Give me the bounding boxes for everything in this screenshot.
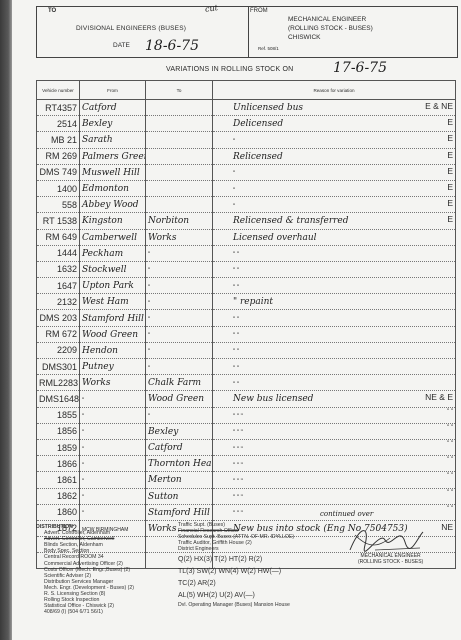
column-header-from: From	[80, 81, 146, 100]
depot-code: E & NE	[425, 101, 453, 111]
table-row: 2209Hendon"" "	[37, 342, 456, 358]
reason-cell-text: Relicensed	[215, 152, 283, 162]
reason-cell: " " "" "	[213, 407, 456, 423]
to-cell: Chalk Farm	[146, 375, 213, 391]
to-cell: "	[146, 278, 213, 294]
depot-code: " "	[447, 457, 453, 463]
from-cell: Palmers Green	[80, 148, 146, 164]
vehicle-number-cell: RT 1538	[37, 213, 80, 229]
depot-code: NE	[441, 522, 453, 532]
reason-cell: " "	[213, 375, 456, 391]
rolling-stock-table: Vehicle number From To Reason for variat…	[36, 80, 456, 569]
district-code-line: TC(2) AR(2)	[178, 578, 294, 590]
from-cell: "	[80, 407, 146, 423]
distribution-recipient: District Engineers	[178, 546, 294, 552]
from-cell: "	[80, 391, 146, 407]
vehicle-number-cell-text: RT 1538	[43, 216, 77, 226]
table-row: 1444Peckham"" "	[37, 245, 456, 261]
reason-cell: " " "" "	[213, 423, 456, 439]
vehicle-number-cell-text: RM 649	[45, 232, 77, 242]
depot-code: E	[447, 166, 453, 176]
to-cell: Thornton Heath	[146, 456, 213, 472]
from-cell-text: "	[82, 430, 84, 436]
table-row: 558Abbey Wood"E	[37, 197, 456, 213]
vehicle-number-cell-text: 2514	[57, 119, 77, 129]
from-cell-text: Muswell Hill	[82, 168, 140, 178]
distribution-left: DISTRIBUTION Advert. Controller, Aldenha…	[36, 524, 134, 615]
distribution-middle: Traffic Supt. (Buses)Financial Research …	[178, 522, 294, 609]
to-cell: "	[146, 310, 213, 326]
depot-code: " "	[447, 473, 453, 479]
from-cell: Muswell Hill	[80, 164, 146, 180]
district-code-line: AL(5) WH(2) U(2) AV(—)	[178, 590, 294, 602]
reason-cell-text: "	[215, 188, 235, 194]
from-cell-text: Stamford Hill	[82, 314, 144, 324]
table-row: 1632Stockwell"" "	[37, 261, 456, 277]
reason-cell-text: " " "	[215, 495, 243, 501]
to-cell-text: "	[148, 301, 150, 307]
table-row: 1647Upton Park"" "	[37, 278, 456, 294]
table-row: 1859"Catford" " "" "	[37, 439, 456, 455]
from-cell: Works	[80, 375, 146, 391]
from-line-2: (ROLLING STOCK - BUSES)	[288, 25, 373, 32]
distribution-footer: Dvl. Operating Manager (Buses) Mansion H…	[178, 602, 294, 608]
header-divider	[248, 6, 249, 57]
vehicle-number-cell: 1859	[37, 439, 80, 455]
vehicle-number-cell-text: 1859	[57, 443, 77, 453]
to-cell-text: Chalk Farm	[148, 378, 201, 388]
reason-cell-text: Unlicensed bus	[215, 103, 303, 113]
depot-code: " "	[447, 409, 453, 415]
vehicle-number-cell-text: 1855	[57, 410, 77, 420]
from-cell-text: Putney	[82, 362, 114, 372]
to-cell-text: Thornton Heath	[148, 459, 213, 469]
reason-cell-text: " "	[215, 317, 239, 323]
from-cell-text: Palmers Green	[82, 152, 146, 162]
to-cell	[146, 132, 213, 148]
from-cell: Catford	[80, 100, 146, 116]
from-cell: Abbey Wood	[80, 197, 146, 213]
from-cell-text: "	[82, 511, 84, 517]
document-title: VARIATIONS IN ROLLING STOCK ON	[166, 66, 293, 73]
to-cell-text: Norbiton	[148, 216, 189, 226]
from-cell-text: "	[82, 447, 84, 453]
continued-note: continued over	[320, 510, 373, 518]
reason-cell-text: " "	[215, 382, 239, 388]
to-cell	[146, 164, 213, 180]
binder-edge	[0, 0, 12, 640]
signature-caption: MECHANICAL ENGINEER (ROLLING STOCK - BUS…	[358, 553, 423, 565]
depot-code: E	[447, 182, 453, 192]
from-line-3: CHISWICK	[288, 34, 321, 41]
vehicle-number-cell-text: 1632	[57, 264, 77, 274]
reason-cell: " " "" "	[213, 488, 456, 504]
to-cell: Norbiton	[146, 213, 213, 229]
vehicle-number-cell: 1856	[37, 423, 80, 439]
distribution-recipient: Costs Officer (Mech. Engr.,Buses) (2)	[44, 567, 134, 573]
date-label: DATE	[113, 42, 130, 49]
date-value: 18-6-75	[145, 38, 199, 54]
from-cell-text: "	[82, 398, 84, 404]
to-cell: Bexley	[146, 423, 213, 439]
to-cell-text: "	[148, 285, 150, 291]
vehicle-number-cell-text: MB 21	[51, 135, 77, 145]
table-row: DMS 203Stamford Hill"" "	[37, 310, 456, 326]
to-cell: "	[146, 294, 213, 310]
vehicle-number-cell: RT4357	[37, 100, 80, 116]
table-row: 1866"Thornton Heath" " "" "	[37, 456, 456, 472]
from-cell-text: Catford	[82, 103, 117, 113]
reason-cell-text: "	[215, 171, 235, 177]
to-cell-text: Bexley	[148, 427, 178, 437]
from-cell: Peckham	[80, 245, 146, 261]
reason-cell: " " "" "	[213, 472, 456, 488]
vehicle-number-cell: RML2283	[37, 375, 80, 391]
vehicle-number-cell-text: 2209	[57, 345, 77, 355]
to-cell-text: "	[148, 268, 150, 274]
district-code-line: Q(2) HX(3) T(2) HT(2) R(2)	[178, 554, 294, 566]
table-row: DMS 749Muswell Hill"E	[37, 164, 456, 180]
from-cell: Stamford Hill	[80, 310, 146, 326]
from-cell-text: Abbey Wood	[82, 200, 139, 210]
vehicle-number-cell-text: 1444	[57, 248, 77, 258]
reason-cell-text: " "	[215, 268, 239, 274]
table-row: RT 1538KingstonNorbitonRelicensed & tran…	[37, 213, 456, 229]
reason-cell: DelicensedE	[213, 116, 456, 132]
column-header-vehicle: Vehicle number	[37, 81, 80, 100]
vehicle-number-cell-text: 1860	[57, 507, 77, 517]
depot-code: E	[447, 150, 453, 160]
reason-cell: RelicensedE	[213, 148, 456, 164]
from-cell: Upton Park	[80, 278, 146, 294]
district-code-line: TL(3) SW(2) WN(4) W(2) HW(—)	[178, 566, 294, 578]
to-cell-text: Merton	[148, 475, 182, 485]
reason-cell: " repaint	[213, 294, 456, 310]
table-row: DMS1648"Wood GreenNew bus licensedNE & E	[37, 391, 456, 407]
to-cell-text: Works	[148, 524, 176, 534]
to-cell: Stamford Hill	[146, 504, 213, 520]
vehicle-number-cell: 1444	[37, 245, 80, 261]
table-row: RT4357CatfordUnlicensed busE & NE	[37, 100, 456, 116]
from-line-1: MECHANICAL ENGINEER	[288, 16, 366, 23]
table-row: 1860"Stamford Hill" " "" "	[37, 504, 456, 520]
depot-code: E	[447, 117, 453, 127]
from-cell: Putney	[80, 359, 146, 375]
vehicle-number-cell: 1861	[37, 472, 80, 488]
reason-cell-text: " " "	[215, 447, 243, 453]
from-cell: Kingston	[80, 213, 146, 229]
reason-cell-text: " " "	[215, 463, 243, 469]
from-cell-text: "	[82, 479, 84, 485]
to-cell	[146, 100, 213, 116]
column-header-reason: Reason for variation	[213, 81, 456, 100]
reason-cell: Relicensed & transferredE	[213, 213, 456, 229]
from-cell: Bexley	[80, 116, 146, 132]
from-cell-text: "	[82, 495, 84, 501]
reference-number: Ref. 508/1	[258, 46, 279, 51]
reason-cell: " "	[213, 278, 456, 294]
from-cell-text: Edmonton	[82, 184, 129, 194]
vehicle-number-cell-text: DMS 203	[39, 313, 77, 323]
table-row: 2132West Ham"" repaint	[37, 294, 456, 310]
reason-cell: " "	[213, 245, 456, 261]
reason-cell: "E	[213, 197, 456, 213]
from-cell-text: "	[82, 463, 84, 469]
vehicle-number-cell: 1866	[37, 456, 80, 472]
to-cell-text: "	[148, 333, 150, 339]
table-row: 1855""" " "" "	[37, 407, 456, 423]
vehicle-number-cell: 1400	[37, 180, 80, 196]
vehicle-number-cell-text: RM 672	[45, 329, 77, 339]
reason-cell: "E	[213, 164, 456, 180]
vehicle-number-cell: 1647	[37, 278, 80, 294]
handwritten-annotation: cut	[204, 3, 218, 14]
reason-cell: " " "" "	[213, 456, 456, 472]
reason-cell: " "	[213, 310, 456, 326]
from-cell-text: Sarath	[82, 135, 113, 145]
to-cell: "	[146, 245, 213, 261]
from-cell-text: "	[82, 414, 84, 420]
vehicle-number-cell-text: DMS1648	[39, 394, 79, 404]
vehicle-number-cell: 1855	[37, 407, 80, 423]
to-cell-text: Stamford Hill	[148, 508, 210, 518]
depot-code: " "	[447, 506, 453, 512]
vehicle-number-cell: 2209	[37, 342, 80, 358]
table-row: 1400Edmonton"E	[37, 180, 456, 196]
reason-cell-text: " "	[215, 333, 239, 339]
from-cell: Edmonton	[80, 180, 146, 196]
reason-cell: " "	[213, 342, 456, 358]
depot-code: " "	[447, 441, 453, 447]
depot-code: " "	[447, 425, 453, 431]
depot-code: E	[447, 133, 453, 143]
reason-cell-text: " "	[215, 349, 239, 355]
table-row: 1856"Bexley" " "" "	[37, 423, 456, 439]
to-cell	[146, 197, 213, 213]
table-row: RM 649CamberwellWorksLicensed overhaul	[37, 229, 456, 245]
vehicle-number-cell: DMS1648	[37, 391, 80, 407]
from-cell: "	[80, 504, 146, 520]
reason-cell-text: " " "	[215, 414, 243, 420]
to-cell: Merton	[146, 472, 213, 488]
to-cell-text: "	[148, 366, 150, 372]
vehicle-number-cell-text: 1856	[57, 426, 77, 436]
to-cell: Works	[146, 229, 213, 245]
vehicle-number-cell-text: 1647	[57, 281, 77, 291]
vehicle-number-cell: DMS 749	[37, 164, 80, 180]
to-cell: Sutton	[146, 488, 213, 504]
vehicle-number-cell: DMS 203	[37, 310, 80, 326]
column-header-to: To	[146, 81, 213, 100]
from-label: FROM	[250, 8, 268, 14]
reason-cell-text: " " "	[215, 479, 243, 485]
title-date: 17-6-75	[333, 60, 387, 76]
from-cell-text: Bexley	[82, 119, 112, 129]
vehicle-number-cell-text: RML2283	[39, 378, 78, 388]
vehicle-number-cell-text: 558	[62, 200, 77, 210]
table-row: 1861"Merton" " "" "	[37, 472, 456, 488]
from-cell-text: West Ham	[82, 297, 129, 307]
table-row: 1862"Sutton" " "" "	[37, 488, 456, 504]
from-cell: Sarath	[80, 132, 146, 148]
to-label: TO	[48, 8, 56, 14]
to-cell: "	[146, 407, 213, 423]
reason-cell-text: " " "	[215, 511, 243, 517]
from-cell-text: Upton Park	[82, 281, 134, 291]
to-cell-text: "	[148, 414, 150, 420]
to-cell: Wood Green	[146, 391, 213, 407]
vehicle-number-cell-text: DMS301	[42, 362, 77, 372]
vehicle-number-cell-text: 1866	[57, 459, 77, 469]
from-cell-text: Hendon	[82, 346, 118, 356]
vehicle-number-cell-text: 1861	[57, 475, 77, 485]
depot-code: NE & E	[425, 392, 453, 402]
vehicle-number-cell: DMS301	[37, 359, 80, 375]
vehicle-number-cell: RM 649	[37, 229, 80, 245]
vehicle-number-cell: 2132	[37, 294, 80, 310]
from-cell: "	[80, 423, 146, 439]
from-cell: "	[80, 439, 146, 455]
from-cell: Wood Green	[80, 326, 146, 342]
table-row: RM 269Palmers GreenRelicensedE	[37, 148, 456, 164]
to-cell-text: Sutton	[148, 492, 178, 502]
distribution-recipient: 408/69 (I) (504 6/71 56/1)	[44, 609, 134, 615]
from-cell-text: Kingston	[82, 216, 123, 226]
from-cell: "	[80, 472, 146, 488]
reason-cell-text: " repaint	[215, 297, 273, 307]
reason-cell: " "	[213, 261, 456, 277]
from-cell: Hendon	[80, 342, 146, 358]
from-cell-text: Wood Green	[82, 330, 138, 340]
from-cell: Camberwell	[80, 229, 146, 245]
to-cell: "	[146, 261, 213, 277]
to-cell	[146, 148, 213, 164]
vehicle-number-cell: 1862	[37, 488, 80, 504]
to-recipient: DIVISIONAL ENGINEERS (BUSES)	[76, 25, 186, 32]
reason-cell-text: " "	[215, 252, 239, 258]
reason-cell-text: " " "	[215, 430, 243, 436]
to-cell-text: Catford	[148, 443, 183, 453]
from-cell-text: Works	[82, 378, 110, 388]
table-row: RML2283WorksChalk Farm" "	[37, 375, 456, 391]
reason-cell-text: Relicensed & transferred	[215, 216, 349, 226]
from-cell: West Ham	[80, 294, 146, 310]
vehicle-number-cell: 1860	[37, 504, 80, 520]
vehicle-number-cell-text: RM 269	[45, 151, 77, 161]
distribution-recipient: Commercial Advertising Officer (2)	[44, 561, 134, 567]
reason-cell: "E	[213, 180, 456, 196]
from-cell-text: Peckham	[82, 249, 123, 259]
to-cell: Catford	[146, 439, 213, 455]
from-cell: Stockwell	[80, 261, 146, 277]
to-cell: "	[146, 326, 213, 342]
reason-cell-text: New bus licensed	[215, 394, 313, 404]
to-cell	[146, 180, 213, 196]
header-box	[36, 6, 458, 58]
to-cell-text: "	[148, 317, 150, 323]
table-header-row: Vehicle number From To Reason for variat…	[37, 81, 456, 100]
vehicle-number-cell: 1632	[37, 261, 80, 277]
reason-cell: Licensed overhaul	[213, 229, 456, 245]
vehicle-number-cell: 2514	[37, 116, 80, 132]
vehicle-number-cell: RM 672	[37, 326, 80, 342]
table-row: DMS301Putney"" "	[37, 359, 456, 375]
reason-cell-text: Licensed overhaul	[215, 233, 317, 243]
from-cell-text: Stockwell	[82, 265, 126, 275]
reason-cell: New bus licensedNE & E	[213, 391, 456, 407]
to-cell-text: Works	[148, 233, 176, 243]
reason-cell-text: "	[215, 204, 235, 210]
to-cell-text: "	[148, 349, 150, 355]
reason-cell: " "	[213, 359, 456, 375]
reason-cell: Unlicensed busE & NE	[213, 100, 456, 116]
vehicle-number-cell-text: 2132	[57, 297, 77, 307]
table-row: 2514BexleyDelicensedE	[37, 116, 456, 132]
vehicle-number-cell: 558	[37, 197, 80, 213]
from-cell-text: Camberwell	[82, 233, 137, 243]
vehicle-number-cell-text: DMS 749	[39, 167, 77, 177]
signature-department: (ROLLING STOCK - BUSES)	[358, 559, 423, 565]
depot-code: " "	[447, 490, 453, 496]
vehicle-number-cell: MB 21	[37, 132, 80, 148]
vehicle-number-cell: RM 269	[37, 148, 80, 164]
to-cell-text: "	[148, 252, 150, 258]
from-cell: "	[80, 488, 146, 504]
reason-cell: " "	[213, 326, 456, 342]
reason-cell-text: " "	[215, 285, 239, 291]
reason-cell: " " "" "	[213, 439, 456, 455]
reason-cell-text: Delicensed	[215, 119, 283, 129]
to-cell: "	[146, 359, 213, 375]
depot-code: E	[447, 198, 453, 208]
reason-cell-text: "	[215, 139, 235, 145]
depot-code: E	[447, 214, 453, 224]
to-cell	[146, 116, 213, 132]
vehicle-number-cell-text: 1862	[57, 491, 77, 501]
reason-cell-text: " "	[215, 366, 239, 372]
reason-cell: "E	[213, 132, 456, 148]
table-row: RM 672Wood Green"" "	[37, 326, 456, 342]
vehicle-number-cell-text: RT4357	[45, 103, 77, 113]
table-row: MB 21Sarath"E	[37, 132, 456, 148]
to-cell-text: Wood Green	[148, 394, 204, 404]
vehicle-number-cell-text: 1400	[57, 184, 77, 194]
to-cell: "	[146, 342, 213, 358]
from-cell: "	[80, 456, 146, 472]
